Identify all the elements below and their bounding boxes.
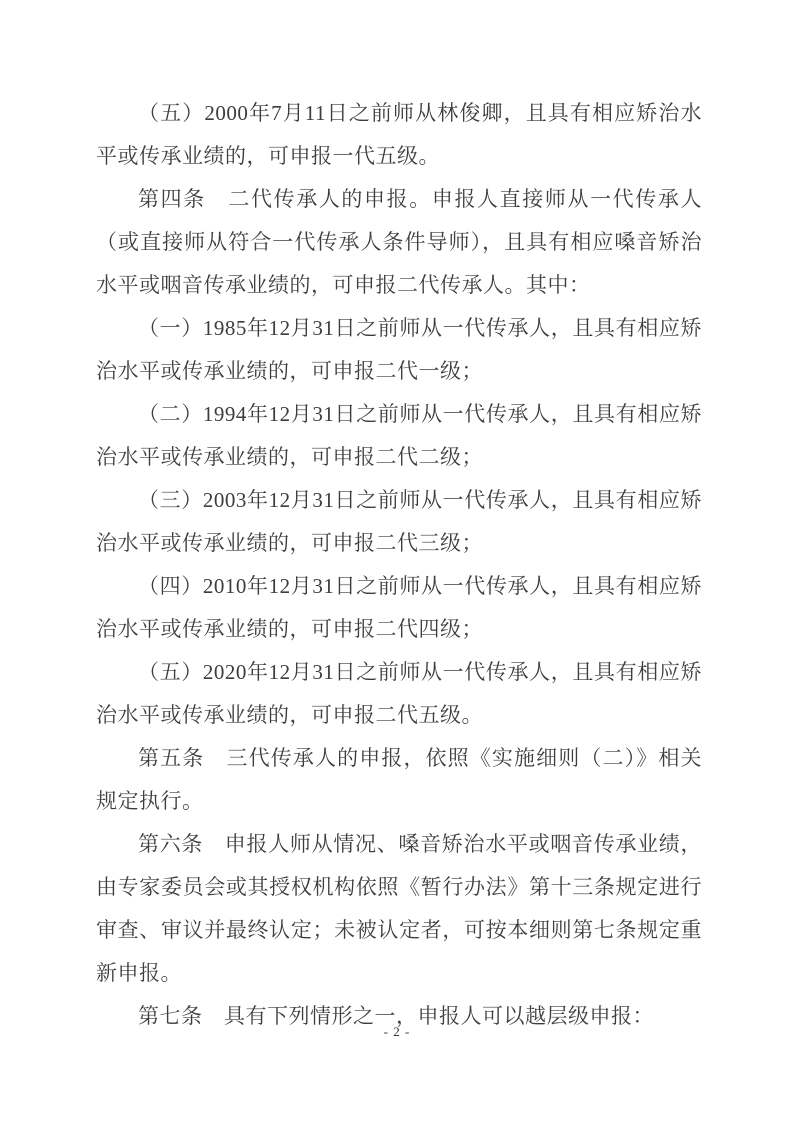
paragraph: （五）2020年12月31日之前师从一代传承人，且具有相应矫治水平或传承业绩的，… [96,651,702,737]
paragraph: 第五条 三代传承人的申报，依照《实施细则（二）》相关规定执行。 [96,737,702,823]
paragraph: （四）2010年12月31日之前师从一代传承人，且具有相应矫治水平或传承业绩的，… [96,565,702,651]
paragraph: （二）1994年12月31日之前师从一代传承人，且具有相应矫治水平或传承业绩的，… [96,393,702,479]
paragraph: （一）1985年12月31日之前师从一代传承人，且具有相应矫治水平或传承业绩的，… [96,307,702,393]
page-number: - 2 - [0,1024,794,1040]
document-page: （五）2000年7月11日之前师从林俊卿，且具有相应矫治水平或传承业绩的，可申报… [0,0,794,1123]
paragraph: （五）2000年7月11日之前师从林俊卿，且具有相应矫治水平或传承业绩的，可申报… [96,92,702,178]
paragraph: 第四条 二代传承人的申报。申报人直接师从一代传承人（或直接师从符合一代传承人条件… [96,178,702,307]
paragraph: （三）2003年12月31日之前师从一代传承人，且具有相应矫治水平或传承业绩的，… [96,479,702,565]
paragraph: 第六条 申报人师从情况、嗓音矫治水平或咽音传承业绩，由专家委员会或其授权机构依照… [96,823,702,995]
document-body: （五）2000年7月11日之前师从林俊卿，且具有相应矫治水平或传承业绩的，可申报… [96,92,702,1038]
